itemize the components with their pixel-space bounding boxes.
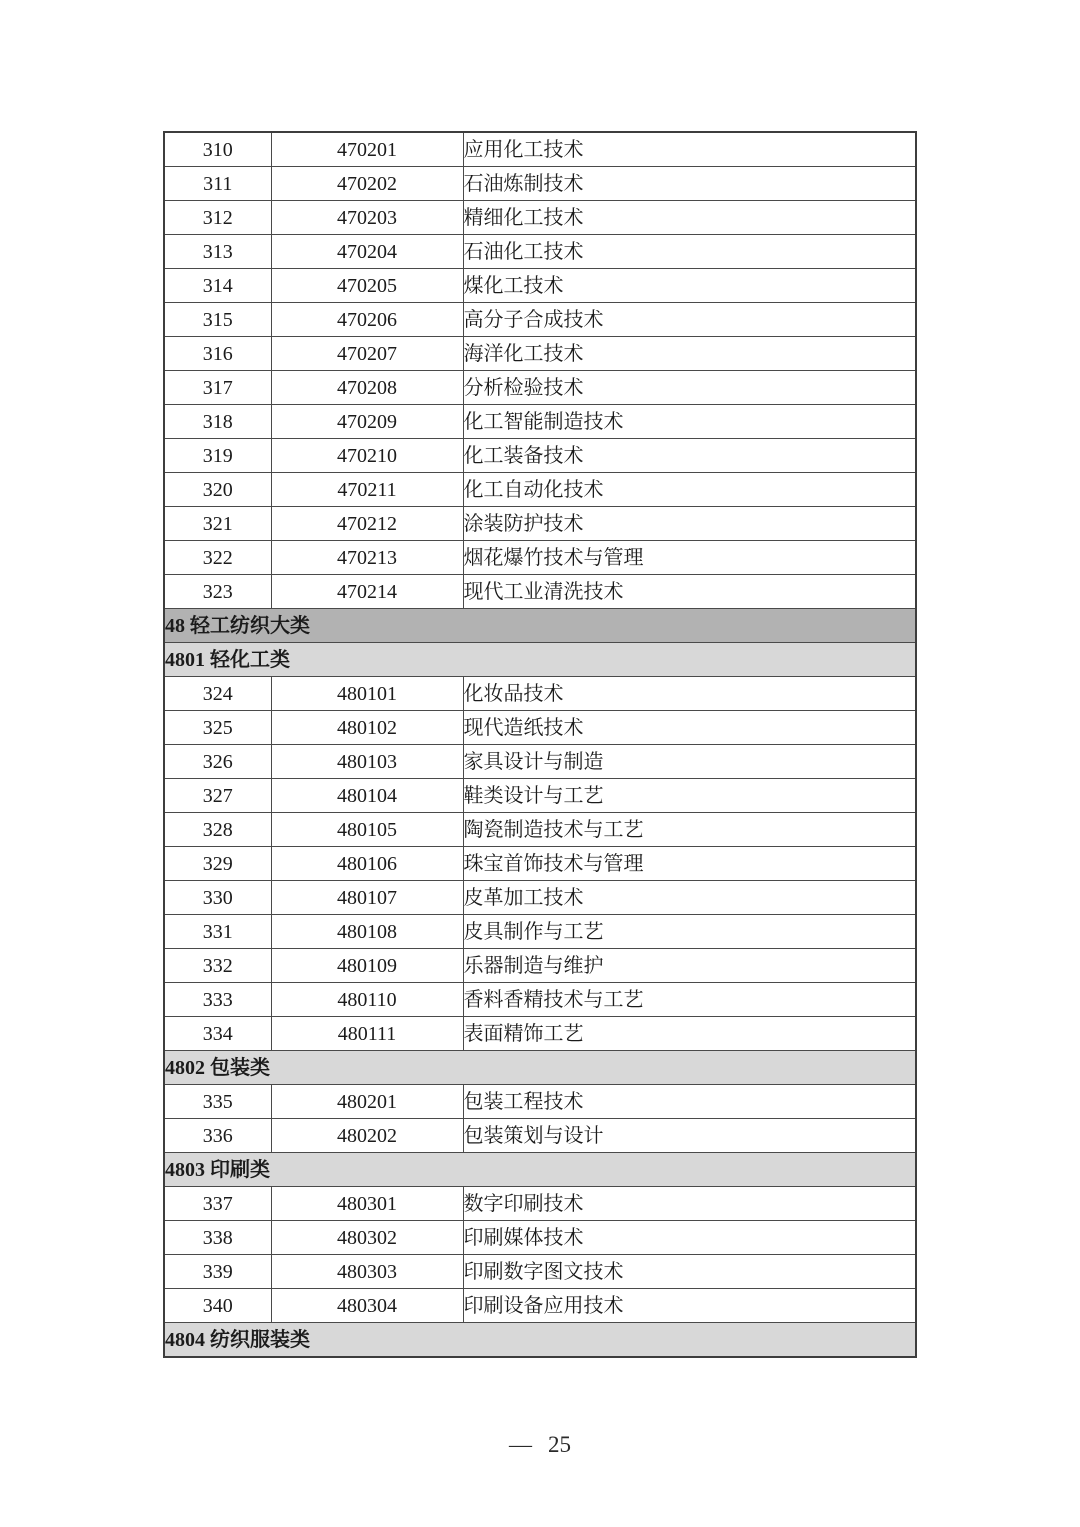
seq-cell: 340 — [164, 1289, 271, 1323]
name-cell: 精细化工技术 — [463, 201, 916, 235]
name-cell: 应用化工技术 — [463, 132, 916, 167]
code-cell: 480303 — [271, 1255, 463, 1289]
table-row: 329480106珠宝首饰技术与管理 — [164, 847, 916, 881]
table-row: 334480111表面精饰工艺 — [164, 1017, 916, 1051]
name-cell: 化工自动化技术 — [463, 473, 916, 507]
name-cell: 分析检验技术 — [463, 371, 916, 405]
table-row: 339480303印刷数字图文技术 — [164, 1255, 916, 1289]
sub-section-row: 4802 包装类 — [164, 1051, 916, 1085]
document-page: 310470201应用化工技术311470202石油炼制技术312470203精… — [0, 0, 1080, 1527]
table-row: 316470207海洋化工技术 — [164, 337, 916, 371]
seq-cell: 320 — [164, 473, 271, 507]
name-cell: 印刷设备应用技术 — [463, 1289, 916, 1323]
page-footer: —25 — [0, 1432, 1080, 1458]
table-row: 333480110香料香精技术与工艺 — [164, 983, 916, 1017]
table-row: 323470214现代工业清洗技术 — [164, 575, 916, 609]
table-row: 315470206高分子合成技术 — [164, 303, 916, 337]
seq-cell: 311 — [164, 167, 271, 201]
table-row: 322470213烟花爆竹技术与管理 — [164, 541, 916, 575]
seq-cell: 310 — [164, 132, 271, 167]
seq-cell: 312 — [164, 201, 271, 235]
code-cell: 470212 — [271, 507, 463, 541]
sub-section-row: 4804 纺织服装类 — [164, 1323, 916, 1358]
page-number-dash: — — [509, 1432, 532, 1457]
section-label: 48 轻工纺织大类 — [164, 609, 916, 643]
table-row: 314470205煤化工技术 — [164, 269, 916, 303]
name-cell: 印刷媒体技术 — [463, 1221, 916, 1255]
section-label: 4804 纺织服装类 — [164, 1323, 916, 1358]
seq-cell: 324 — [164, 677, 271, 711]
seq-cell: 330 — [164, 881, 271, 915]
table-row: 310470201应用化工技术 — [164, 132, 916, 167]
name-cell: 皮革加工技术 — [463, 881, 916, 915]
code-cell: 470211 — [271, 473, 463, 507]
seq-cell: 313 — [164, 235, 271, 269]
code-cell: 480108 — [271, 915, 463, 949]
table-row: 328480105陶瓷制造技术与工艺 — [164, 813, 916, 847]
name-cell: 包装工程技术 — [463, 1085, 916, 1119]
table-row: 311470202石油炼制技术 — [164, 167, 916, 201]
table-row: 312470203精细化工技术 — [164, 201, 916, 235]
section-label: 4803 印刷类 — [164, 1153, 916, 1187]
code-cell: 480110 — [271, 983, 463, 1017]
code-cell: 480202 — [271, 1119, 463, 1153]
section-label: 4801 轻化工类 — [164, 643, 916, 677]
table-row: 313470204石油化工技术 — [164, 235, 916, 269]
name-cell: 印刷数字图文技术 — [463, 1255, 916, 1289]
seq-cell: 326 — [164, 745, 271, 779]
table-row: 340480304印刷设备应用技术 — [164, 1289, 916, 1323]
table-row: 317470208分析检验技术 — [164, 371, 916, 405]
major-section-row: 48 轻工纺织大类 — [164, 609, 916, 643]
code-cell: 470206 — [271, 303, 463, 337]
table-row: 330480107皮革加工技术 — [164, 881, 916, 915]
name-cell: 数字印刷技术 — [463, 1187, 916, 1221]
seq-cell: 328 — [164, 813, 271, 847]
table-row: 338480302印刷媒体技术 — [164, 1221, 916, 1255]
seq-cell: 317 — [164, 371, 271, 405]
seq-cell: 315 — [164, 303, 271, 337]
name-cell: 鞋类设计与工艺 — [463, 779, 916, 813]
code-cell: 480104 — [271, 779, 463, 813]
name-cell: 表面精饰工艺 — [463, 1017, 916, 1051]
table-row: 318470209化工智能制造技术 — [164, 405, 916, 439]
table-row: 325480102现代造纸技术 — [164, 711, 916, 745]
seq-cell: 337 — [164, 1187, 271, 1221]
table-row: 336480202包装策划与设计 — [164, 1119, 916, 1153]
code-cell: 480302 — [271, 1221, 463, 1255]
page-number: 25 — [548, 1432, 571, 1457]
code-cell: 470204 — [271, 235, 463, 269]
code-cell: 470213 — [271, 541, 463, 575]
seq-cell: 332 — [164, 949, 271, 983]
table-row: 320470211化工自动化技术 — [164, 473, 916, 507]
seq-cell: 339 — [164, 1255, 271, 1289]
name-cell: 化妆品技术 — [463, 677, 916, 711]
seq-cell: 335 — [164, 1085, 271, 1119]
code-cell: 480301 — [271, 1187, 463, 1221]
name-cell: 涂装防护技术 — [463, 507, 916, 541]
seq-cell: 323 — [164, 575, 271, 609]
seq-cell: 327 — [164, 779, 271, 813]
name-cell: 香料香精技术与工艺 — [463, 983, 916, 1017]
table-row: 326480103家具设计与制造 — [164, 745, 916, 779]
name-cell: 现代工业清洗技术 — [463, 575, 916, 609]
code-cell: 480106 — [271, 847, 463, 881]
code-cell: 470208 — [271, 371, 463, 405]
table-row: 332480109乐器制造与维护 — [164, 949, 916, 983]
seq-cell: 318 — [164, 405, 271, 439]
code-cell: 480101 — [271, 677, 463, 711]
seq-cell: 331 — [164, 915, 271, 949]
name-cell: 家具设计与制造 — [463, 745, 916, 779]
code-cell: 470203 — [271, 201, 463, 235]
seq-cell: 316 — [164, 337, 271, 371]
name-cell: 石油化工技术 — [463, 235, 916, 269]
table-row: 335480201包装工程技术 — [164, 1085, 916, 1119]
code-cell: 480107 — [271, 881, 463, 915]
name-cell: 乐器制造与维护 — [463, 949, 916, 983]
code-cell: 480105 — [271, 813, 463, 847]
seq-cell: 334 — [164, 1017, 271, 1051]
name-cell: 化工智能制造技术 — [463, 405, 916, 439]
table-row: 324480101化妆品技术 — [164, 677, 916, 711]
section-label: 4802 包装类 — [164, 1051, 916, 1085]
seq-cell: 338 — [164, 1221, 271, 1255]
name-cell: 化工装备技术 — [463, 439, 916, 473]
name-cell: 石油炼制技术 — [463, 167, 916, 201]
seq-cell: 314 — [164, 269, 271, 303]
code-cell: 470207 — [271, 337, 463, 371]
code-cell: 480103 — [271, 745, 463, 779]
code-cell: 470209 — [271, 405, 463, 439]
name-cell: 珠宝首饰技术与管理 — [463, 847, 916, 881]
table-row: 321470212涂装防护技术 — [164, 507, 916, 541]
table-row: 331480108皮具制作与工艺 — [164, 915, 916, 949]
code-cell: 480102 — [271, 711, 463, 745]
seq-cell: 322 — [164, 541, 271, 575]
code-cell: 480111 — [271, 1017, 463, 1051]
seq-cell: 325 — [164, 711, 271, 745]
seq-cell: 319 — [164, 439, 271, 473]
code-cell: 470205 — [271, 269, 463, 303]
table-row: 319470210化工装备技术 — [164, 439, 916, 473]
seq-cell: 329 — [164, 847, 271, 881]
name-cell: 烟花爆竹技术与管理 — [463, 541, 916, 575]
name-cell: 陶瓷制造技术与工艺 — [463, 813, 916, 847]
code-cell: 480304 — [271, 1289, 463, 1323]
code-cell: 480109 — [271, 949, 463, 983]
specialty-code-table: 310470201应用化工技术311470202石油炼制技术312470203精… — [163, 131, 917, 1358]
specialty-code-table-body: 310470201应用化工技术311470202石油炼制技术312470203精… — [164, 132, 916, 1357]
code-cell: 470210 — [271, 439, 463, 473]
code-cell: 470214 — [271, 575, 463, 609]
seq-cell: 333 — [164, 983, 271, 1017]
sub-section-row: 4801 轻化工类 — [164, 643, 916, 677]
name-cell: 现代造纸技术 — [463, 711, 916, 745]
seq-cell: 336 — [164, 1119, 271, 1153]
code-cell: 480201 — [271, 1085, 463, 1119]
name-cell: 皮具制作与工艺 — [463, 915, 916, 949]
code-cell: 470201 — [271, 132, 463, 167]
sub-section-row: 4803 印刷类 — [164, 1153, 916, 1187]
table-row: 327480104鞋类设计与工艺 — [164, 779, 916, 813]
name-cell: 海洋化工技术 — [463, 337, 916, 371]
table-row: 337480301数字印刷技术 — [164, 1187, 916, 1221]
name-cell: 高分子合成技术 — [463, 303, 916, 337]
code-cell: 470202 — [271, 167, 463, 201]
name-cell: 包装策划与设计 — [463, 1119, 916, 1153]
seq-cell: 321 — [164, 507, 271, 541]
name-cell: 煤化工技术 — [463, 269, 916, 303]
